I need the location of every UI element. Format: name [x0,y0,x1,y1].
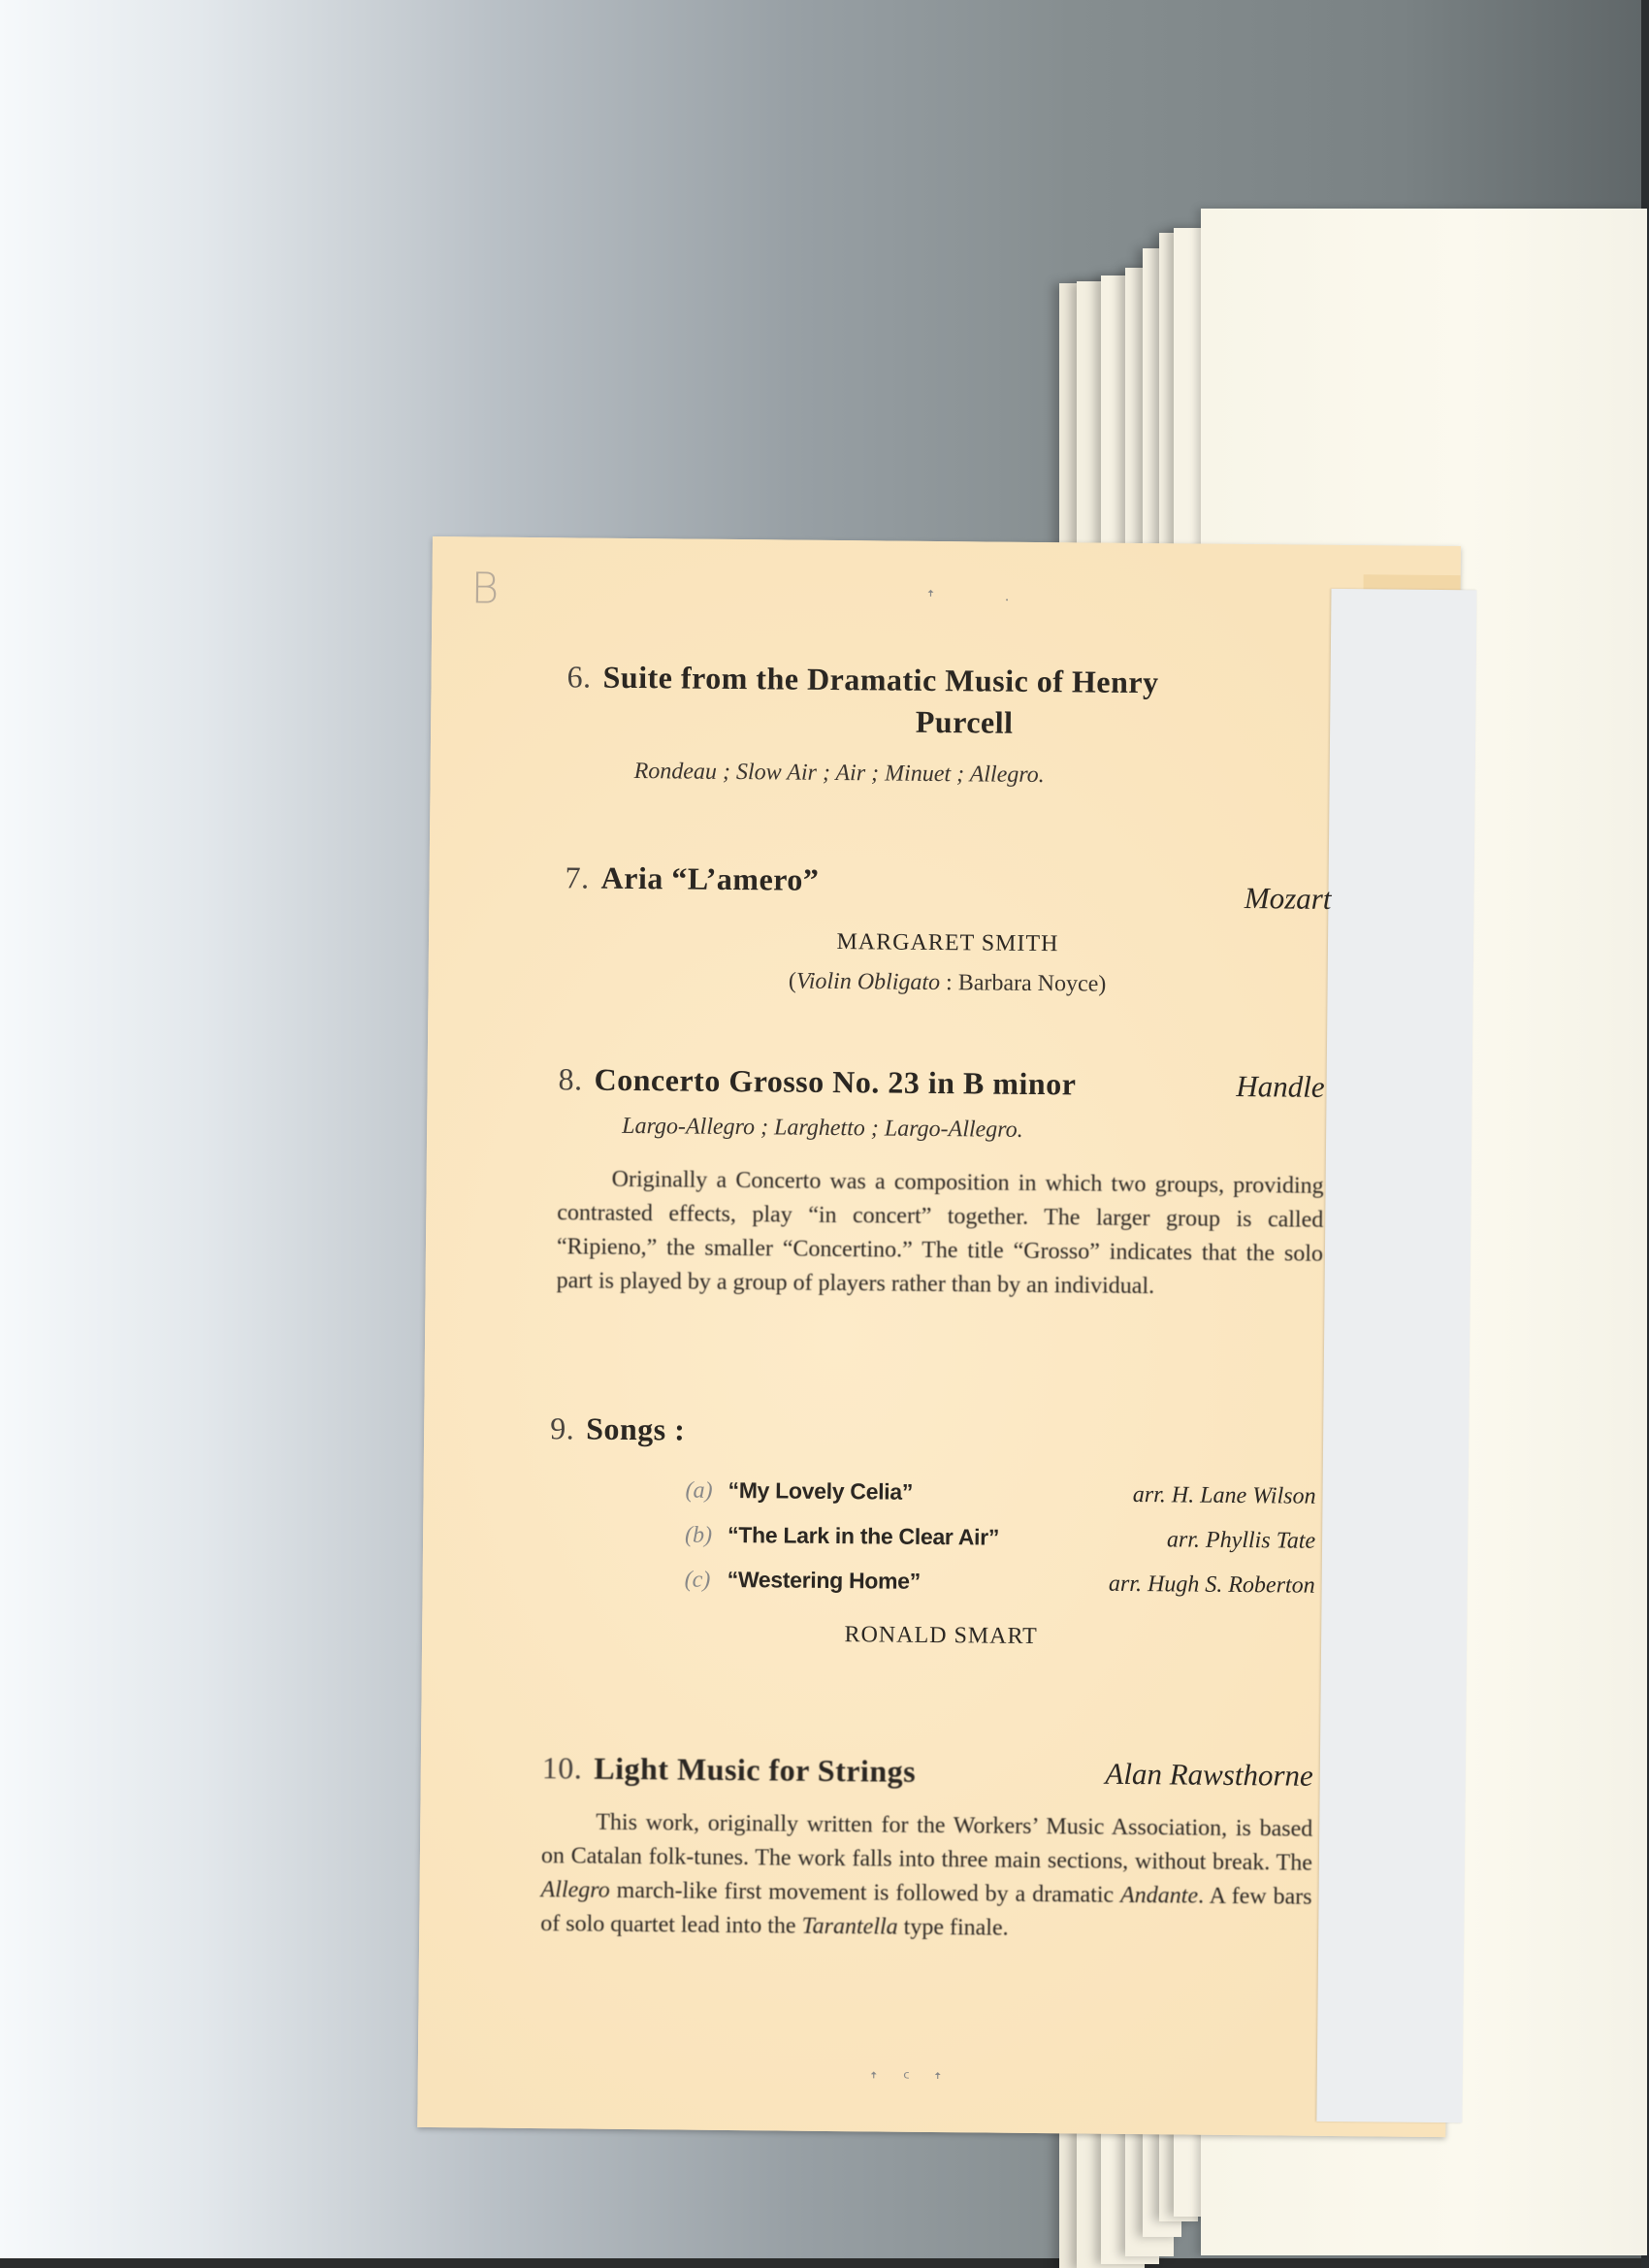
song-arranger: arr. Hugh S. Roberton [1109,1571,1315,1600]
item-title: 7.Aria “L’amero” [565,859,819,898]
white-paper-slip [1316,589,1476,2122]
performer-note: (Violin Obligato : Barbara Noyce) [564,966,1330,1000]
song-title: “The Lark in the Clear Air” [727,1522,1167,1552]
song-row: (a) “My Lovely Celia” arr. H. Lane Wilso… [685,1477,1315,1510]
item-title-line1: Suite from the Dramatic Music of Henry [602,660,1158,699]
movements: Largo-Allegro ; Larghetto ; Largo-Allegr… [558,1113,1324,1147]
desc-text: march-like first movement is followed by… [610,1878,1121,1908]
program-item-9: 9.Songs : (a) “My Lovely Celia” arr. H. … [548,1410,1316,1653]
staple-mark: ᑦ [903,2069,910,2089]
margin-mark: B [470,564,499,613]
item-title: 6.Suite from the Dramatic Music of Henry [566,659,1323,701]
item-title-text: Concerto Grosso No. 23 in B minor [594,1062,1076,1102]
scanner-bottom-edge [0,2258,1649,2268]
item-title: 9.Songs : [550,1410,1316,1454]
song-letter: (a) [685,1478,727,1505]
program-item-7: 7.Aria “L’amero” Mozart MARGARET SMITH (… [564,859,1331,1000]
song-title: “My Lovely Celia” [727,1477,1133,1507]
item-description: This work, originally written for the Wo… [540,1805,1312,1949]
song-letter: (c) [685,1568,727,1594]
song-arranger: arr. Phyllis Tate [1167,1527,1315,1554]
song-arranger: arr. H. Lane Wilson [1133,1482,1316,1510]
program-item-6: 6.Suite from the Dramatic Music of Henry… [566,659,1324,791]
desc-text: This work, originally written for the Wo… [541,1810,1313,1876]
item-title-text: Songs : [586,1411,686,1447]
song-letter: (b) [685,1523,727,1549]
composer: Handle [1236,1069,1325,1105]
song-list: (a) “My Lovely Celia” arr. H. Lane Wilso… [549,1475,1316,1600]
item-title-text: Aria “L’amero” [600,860,819,897]
desc-italic: Allegro [540,1877,609,1903]
desc-italic: Tarantella [801,1914,897,1940]
item-title-line2: Purcell [566,700,1323,743]
song-row: (b) “The Lark in the Clear Air” arr. Phy… [685,1522,1315,1555]
performer: RONALD SMART [548,1619,1314,1653]
desc-italic: Andante [1120,1883,1198,1909]
program-page: B ꜛ · ꜛ ᑦ ꜛ 6.Suite from the Dramatic Mu… [417,536,1461,2137]
item-title-text: Light Music for Strings [594,1751,916,1789]
staple-mark: ꜛ [934,2074,942,2091]
item-description: Originally a Concerto was a composition … [556,1162,1323,1306]
composer: Alan Rawsthorne [1105,1757,1313,1794]
desc-text: type finale. [898,1915,1009,1941]
movements: Rondeau ; Slow Air ; Air ; Minuet ; Alle… [566,758,1323,791]
staple-mark: ꜛ [926,592,934,609]
staple-mark: ꜛ [870,2073,878,2090]
note-italic: Violin Obligato [796,969,940,995]
item-number: 9. [550,1410,574,1445]
item-number: 7. [565,859,589,894]
program-item-8: 8.Concerto Grosso No. 23 in B minor Hand… [556,1061,1324,1306]
performer: MARGARET SMITH [565,926,1331,960]
staple-mark: · [1004,593,1010,610]
note-rest: : Barbara Noyce) [940,970,1106,997]
composer: Mozart [1245,881,1332,917]
program-item-10: 10.Light Music for Strings Alan Rawsthor… [540,1750,1313,1949]
item-title: 10.Light Music for Strings [542,1750,917,1790]
item-title: 8.Concerto Grosso No. 23 in B minor [558,1061,1076,1102]
song-row: (c) “Westering Home” arr. Hugh S. Robert… [685,1567,1315,1600]
song-title: “Westering Home” [727,1567,1110,1597]
item-number: 10. [542,1750,583,1785]
item-number: 8. [558,1061,582,1096]
item-number: 6. [566,659,591,694]
